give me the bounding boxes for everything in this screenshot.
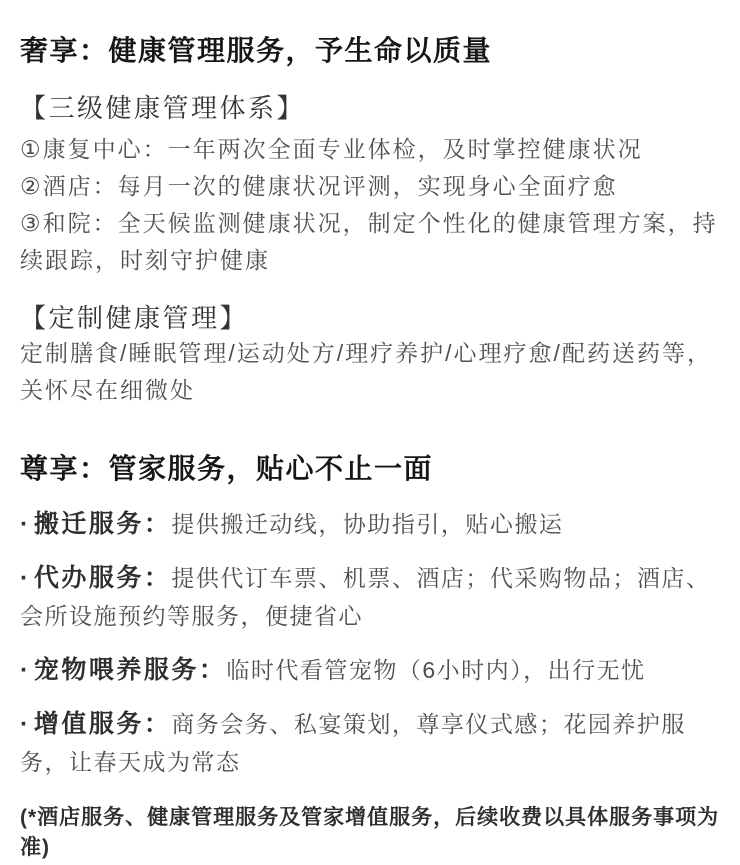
service-label: 宠物喂养服务： (34, 656, 227, 684)
service-item-errand: ·代办服务：提供代订车票、机票、酒店；代采购物品；酒店、会所设施预约等服务，便捷… (20, 559, 720, 635)
custom-health-body: 定制膳食/睡眠管理/运动处方/理疗养护/心理疗愈/配药送药等，关怀尽在细微处 (20, 335, 720, 409)
service-desc: 临时代看管宠物（6小时内），出行无忧 (226, 657, 645, 683)
service-item-value-added: ·增值服务：商务会务、私宴策划，尊享仪式感；花园养护服务，让春天成为常态 (20, 705, 720, 781)
health-system-item-2: ②酒店：每月一次的健康状况评测，实现身心全面疗愈 (20, 168, 720, 205)
bullet-dot: · (20, 710, 30, 738)
bullet-dot: · (20, 564, 30, 592)
service-item-moving: ·搬迁服务：提供搬迁动线，协助指引，贴心搬运 (20, 505, 720, 543)
document-page: 奢享：健康管理服务，予生命以质量 【三级健康管理体系】 ①康复中心：一年两次全面… (0, 0, 740, 865)
pricing-disclaimer-note: (*酒店服务、健康管理服务及管家增值服务，后续收费以具体服务事项为准) (20, 803, 720, 863)
service-item-pet-care: ·宠物喂养服务：临时代看管宠物（6小时内），出行无忧 (20, 651, 720, 689)
bullet-dot: · (20, 510, 30, 538)
custom-health-heading: 【定制健康管理】 (20, 301, 720, 335)
health-section-title: 奢享：健康管理服务，予生命以质量 (20, 33, 720, 69)
service-label: 代办服务： (34, 564, 172, 592)
health-system-item-3: ③和院：全天候监测健康状况，制定个性化的健康管理方案，持续跟踪，时刻守护健康 (20, 205, 720, 279)
bullet-dot: · (20, 656, 30, 684)
health-system-heading: 【三级健康管理体系】 (20, 91, 720, 125)
service-label: 搬迁服务： (34, 510, 172, 538)
service-desc: 提供搬迁动线，协助指引，贴心搬运 (171, 511, 563, 537)
health-system-item-1: ①康复中心：一年两次全面专业体检，及时掌控健康状况 (20, 131, 720, 168)
butler-section-title: 尊享：管家服务，贴心不止一面 (20, 451, 720, 487)
service-label: 增值服务： (34, 710, 172, 738)
